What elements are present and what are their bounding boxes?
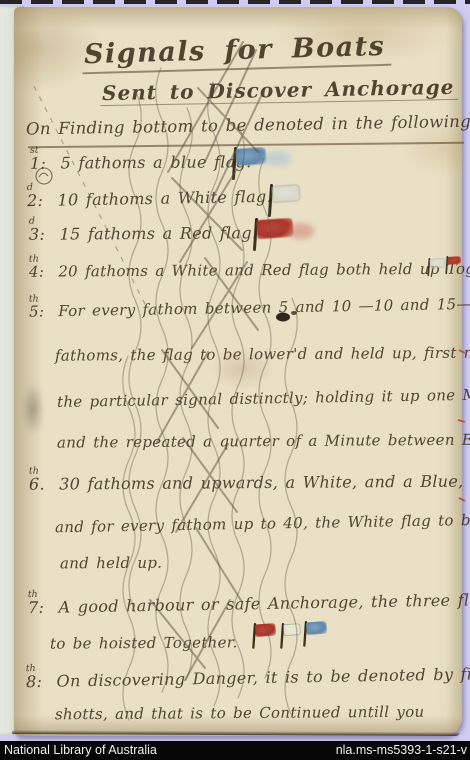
ordinal-number: 5: bbox=[29, 302, 45, 320]
ordinal-suffix: th bbox=[29, 255, 39, 266]
red-flag-icon bbox=[254, 218, 294, 254]
item-text: 10 fathoms a White flag. bbox=[57, 187, 272, 210]
blue-flag-icon bbox=[304, 621, 335, 649]
flag-cloth bbox=[447, 256, 461, 265]
ordinal-number: 3: bbox=[29, 225, 45, 244]
item-ordinal: th4: bbox=[29, 264, 44, 281]
watercolor-wash bbox=[263, 151, 291, 166]
library-watermark-bar: National Library of Australia nla.ms-ms5… bbox=[0, 741, 470, 760]
ordinal-number: 8: bbox=[26, 672, 43, 691]
flag-cloth bbox=[271, 184, 300, 203]
ordinal-number: 1: bbox=[30, 154, 46, 173]
flag-cloth bbox=[283, 623, 301, 636]
list-item-3: d3: 15 fathoms a Red flag. bbox=[29, 224, 257, 243]
ordinal-suffix: st bbox=[30, 146, 39, 156]
library-name-label: National Library of Australia bbox=[4, 741, 157, 760]
scanned-page-view: Signals for Boats Sent to Discover Ancho… bbox=[0, 0, 470, 741]
item-ordinal: th5: bbox=[29, 303, 44, 320]
flag-cloth bbox=[235, 147, 266, 166]
flag-cloth bbox=[429, 258, 445, 268]
manuscript-line: and the repeated a quarter of a Minute b… bbox=[57, 431, 470, 451]
manuscript-line: fathoms, the flag to be lower'd and held… bbox=[55, 344, 470, 364]
item-text: 5 fathoms a blue flag. bbox=[60, 152, 251, 172]
item-ordinal: d2: bbox=[27, 192, 43, 210]
item-ordinal: th6. bbox=[29, 476, 45, 494]
flag-cloth bbox=[255, 623, 276, 637]
blue-flag-icon bbox=[233, 147, 273, 183]
ordinal-number: 4: bbox=[29, 263, 44, 281]
manuscript-line: and held up. bbox=[60, 555, 162, 572]
manuscript-line: shotts, and that is to be Continued unti… bbox=[55, 704, 425, 723]
ordinal-suffix: d bbox=[29, 217, 35, 227]
white-flag-icon bbox=[269, 184, 309, 220]
ordinal-number: 2: bbox=[27, 191, 44, 210]
manuscript-line: to be hoisted Together. bbox=[50, 634, 238, 652]
pencil-smudge bbox=[22, 383, 44, 435]
list-item-4: th4: 20 fathoms a White and Red flag bot… bbox=[29, 260, 470, 280]
ordinal-suffix: th bbox=[29, 294, 39, 305]
ordinal-number: 6. bbox=[29, 475, 45, 494]
list-item-2: d2: 10 fathoms a White flag. bbox=[27, 188, 272, 210]
list-item-6: th6. 30 fathoms and upwards, a White, an… bbox=[29, 472, 470, 493]
item-text: 20 fathoms a White and Red flag both hel… bbox=[58, 259, 470, 280]
item-ordinal: st1: bbox=[30, 155, 46, 173]
scan-top-edge bbox=[0, 0, 470, 4]
ordinal-suffix: th bbox=[29, 467, 39, 478]
item-text: 15 fathoms a Red flag. bbox=[59, 223, 257, 243]
item-ordinal: d3: bbox=[29, 226, 45, 244]
watercolor-wash bbox=[288, 223, 314, 239]
flag-cloth bbox=[306, 621, 327, 635]
item-ordinal: th7: bbox=[28, 599, 44, 617]
item-ordinal: th8: bbox=[26, 673, 42, 691]
ordinal-suffix: th bbox=[28, 590, 38, 601]
ordinal-suffix: d bbox=[27, 183, 33, 194]
ordinal-suffix: th bbox=[26, 664, 36, 675]
ordinal-number: 7: bbox=[28, 598, 45, 617]
item-text: 30 fathoms and upwards, a White, and a B… bbox=[59, 471, 470, 493]
manuscript-scan-viewer: Signals for Boats Sent to Discover Ancho… bbox=[0, 0, 470, 760]
list-item-1: st1: 5 fathoms a blue flag. bbox=[30, 153, 252, 172]
item-id-label: nla.ms-ms5393-1-s21-v bbox=[336, 741, 467, 760]
red-flag-icon bbox=[446, 256, 468, 276]
